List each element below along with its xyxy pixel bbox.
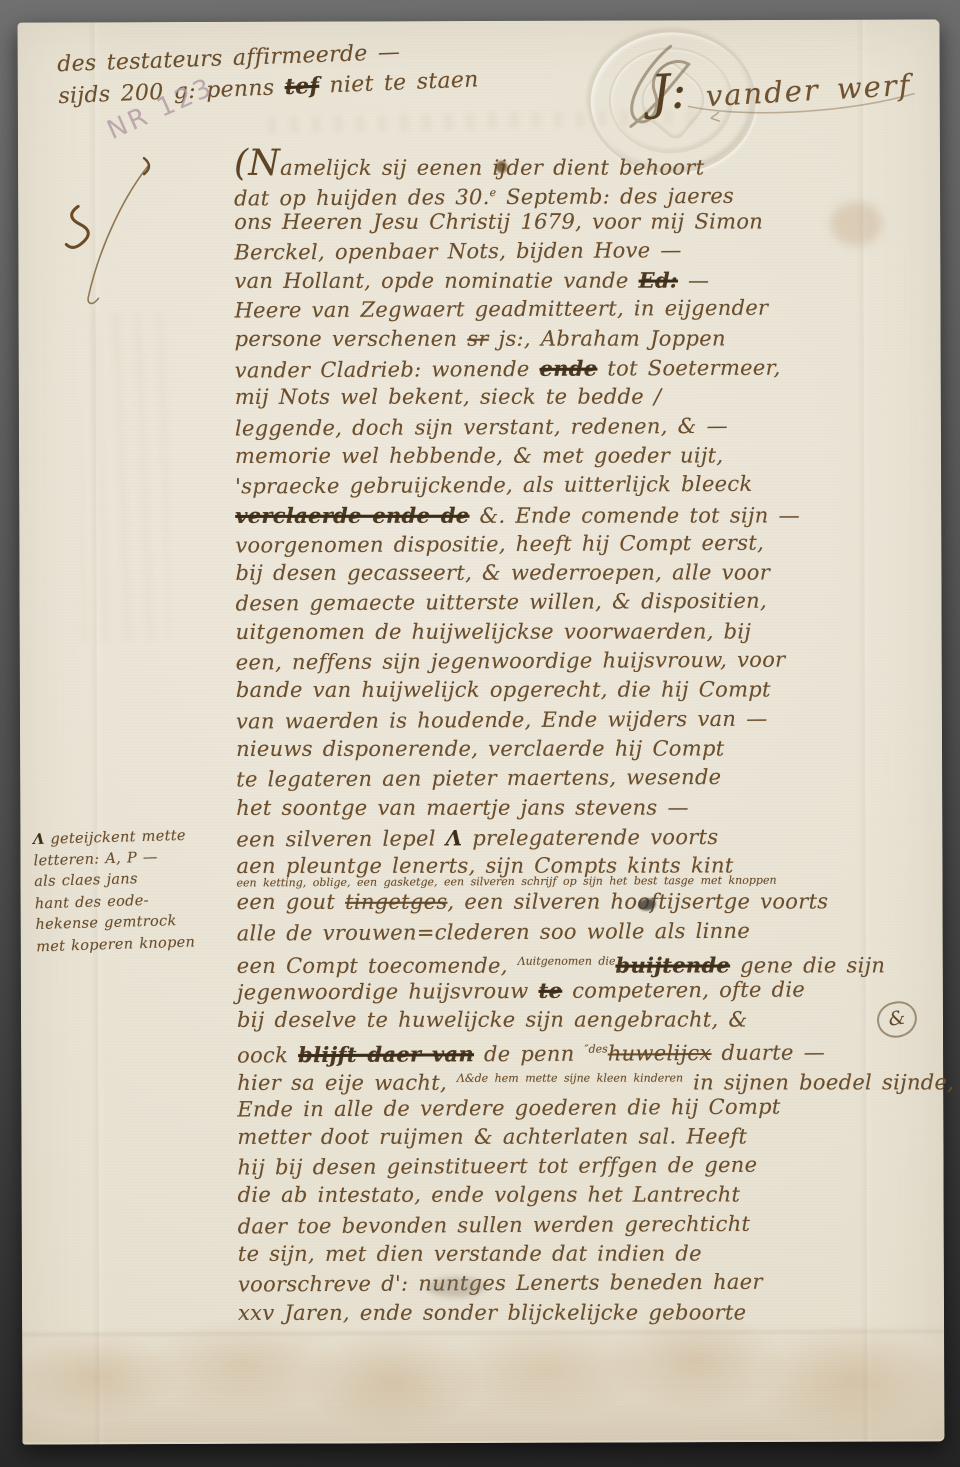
notary-signature: J: vander werf	[593, 33, 933, 134]
handwritten-text: amelijck sij eenen ijder dient behoort	[280, 156, 704, 180]
struck-text: tingetges	[345, 890, 447, 914]
handwritten-text: het soontge van maertje jans stevens —	[236, 795, 689, 819]
handwritten-text: hij bij desen geinstitueert tot erffgen …	[237, 1153, 757, 1180]
manuscript-line: alle de vrouwen=clederen soo wolle als l…	[237, 916, 937, 949]
manuscript-line: bij deselve te huwelijcke sijn aengebrac…	[237, 1005, 937, 1035]
manuscript-line: een Compt toecomende, Λuitgenomen diebui…	[237, 946, 937, 976]
manuscript-line: memorie wel hebbende, & met goeder uijt,	[235, 441, 935, 471]
manuscript-line: 'spraecke gebruijckende, als uitterlijck…	[235, 469, 935, 502]
handwritten-text: prelegaterende voorts	[462, 825, 718, 850]
margin-note: Λ geteijckent metteletteren: A, P —als c…	[33, 823, 242, 958]
manuscript-line: een, neffens sijn jegenwoordige huijsvro…	[236, 645, 936, 678]
manuscript-line: verclaerde ende de &. Ende comende tot s…	[235, 500, 935, 530]
manuscript-line: Berckel, openbaer Nots, bijden Hove —	[234, 235, 934, 268]
manuscript-line: oock blijft daer van de penn ″deshuwelij…	[237, 1033, 937, 1066]
handwritten-text: Septemb: des jaeres	[496, 184, 734, 209]
manuscript-line: voorgenomen dispositie, heeft hij Compt …	[235, 528, 935, 561]
handwritten-text: de penn	[474, 1042, 585, 1067]
manuscript-line: mij Nots wel bekent, sieck te bedde /	[235, 383, 935, 413]
handwritten-text: een Compt toecomende,	[237, 954, 518, 978]
manuscript-line: uitgenomen de huijwelijckse voorwaerden,…	[236, 617, 936, 647]
handwritten-text: nieuws disponerende, verclaerde hij Comp…	[236, 736, 724, 760]
scan-background: { "scan": { "background_top": "#707070",…	[0, 0, 960, 1467]
manuscript-line: van waerden is houdende, Ende wijders va…	[236, 703, 936, 736]
handwritten-text: desen gemaecte uitterste willen, & dispo…	[235, 589, 767, 616]
handwritten-text: bij deselve te huwelijcke sijn aengebrac…	[237, 1007, 747, 1031]
handwritten-text: te sijn, met dien verstande dat indien d…	[238, 1242, 702, 1266]
handwritten-text: uitgenomen de huijwelijckse voorwaerden,…	[236, 619, 752, 643]
manuscript-line: jegenwoordige huijsvrouw te competeren, …	[237, 974, 937, 1007]
handwritten-text: jegenwoordige huijsvrouw	[237, 979, 539, 1005]
manuscript-line: dat op huijden des 30.e Septemb: des jae…	[234, 176, 934, 209]
signature-name: vander werf	[705, 68, 912, 113]
handwritten-text: Ende in alle de verdere goederen die hij…	[237, 1094, 780, 1121]
struck-text: Ed:	[639, 268, 678, 293]
handwritten-text: letteren: A, P —	[33, 849, 158, 869]
handwritten-text: Heere van Zegwaert geadmitteert, in eijg…	[234, 296, 768, 323]
handwritten-text: mij Nots wel bekent, sieck te bedde /	[235, 385, 662, 409]
handwritten-text: ons Heeren Jesu Christij 1679, voor mij …	[234, 209, 763, 233]
collation-mark	[48, 148, 179, 318]
handwritten-text: die ab intestato, ende volgens het Lantr…	[238, 1183, 741, 1207]
struck-text: tef	[284, 73, 320, 100]
manuscript-line: nieuws disponerende, verclaerde hij Comp…	[236, 734, 936, 764]
handwritten-text: memorie wel hebbende, & met goeder uijt,	[235, 443, 723, 467]
manuscript-line: leggende, doch sijn verstant, redenen, &…	[235, 410, 935, 443]
signature-initial: J:	[649, 63, 690, 121]
manuscript-line: daer toe bevonden sullen werden gerechti…	[238, 1208, 938, 1241]
interlinear-insertion: ″des	[584, 1042, 607, 1055]
handwritten-text: vander Cladrieb: wonende	[235, 357, 540, 383]
manuscript-page: J: vander werf des testateurs affirmeerd…	[18, 19, 945, 1444]
struck-text: buijtende	[615, 953, 730, 978]
handwritten-text: —	[678, 269, 709, 293]
manuscript-line: die ab intestato, ende volgens het Lantr…	[238, 1181, 938, 1211]
handwritten-text: competeren, ofte die	[562, 978, 805, 1003]
manuscript-line: het soontge van maertje jans stevens —	[236, 793, 936, 823]
handwritten-text: , een silveren hooftijsertge voorts	[447, 890, 828, 914]
manuscript-line: persone verschenen sr js:, Abraham Joppe…	[235, 324, 935, 354]
interlinear-insertion: Λ&de hem mette sijne kleen kinderen	[457, 1072, 683, 1085]
handwritten-text: tot Soetermeer,	[597, 356, 780, 381]
handwritten-text: Berckel, openbaer Nots, bijden Hove —	[234, 238, 681, 264]
handwritten-text: te legateren aen pieter maertens, wesend…	[236, 765, 721, 792]
manuscript-line: te sijn, met dien verstande dat indien d…	[238, 1239, 938, 1269]
handwritten-text: een, neffens sijn jegenwoordige huijsvro…	[236, 648, 786, 675]
handwritten-text: een silveren lepel	[236, 826, 445, 851]
manuscript-line: te legateren aen pieter maertens, wesend…	[236, 762, 936, 795]
handwritten-text: van waerden is houdende, Ende wijders va…	[236, 706, 768, 733]
handwritten-text: &. Ende comende tot sijn —	[469, 503, 799, 527]
handwritten-text: voorgenomen dispositie, heeft hij Compt …	[235, 531, 764, 558]
handwritten-text: daer toe bevonden sullen werden gerechti…	[238, 1211, 751, 1238]
handwritten-text: js:, Abraham Joppen	[489, 326, 726, 350]
handwritten-text: hant des eode-	[35, 892, 149, 912]
manuscript-line: een silveren lepel Λ prelegaterende voor…	[236, 821, 936, 854]
handwritten-text: persone verschenen	[235, 327, 468, 351]
struck-text: sr	[467, 327, 488, 351]
handwritten-text: bande van huijwelijck opgerecht, die hij…	[236, 678, 771, 702]
handwritten-text: als claes jans	[34, 871, 138, 890]
manuscript-line: ons Heeren Jesu Christij 1679, voor mij …	[234, 207, 934, 237]
handwritten-text: alle de vrouwen=clederen soo wolle als l…	[237, 918, 750, 945]
manuscript-line: van Hollant, opde nominatie vande Ed: —	[234, 266, 934, 296]
water-stain-band	[22, 1281, 945, 1442]
struck-text: te	[538, 978, 562, 1003]
interlinear-insertion: Λuitgenomen die	[518, 955, 616, 968]
manuscript-line: vander Cladrieb: wonende ende tot Soeter…	[235, 352, 935, 385]
handwritten-text: 'spraecke gebruijckende, als uitterlijck…	[235, 472, 752, 499]
struck-text: verclaerde ende de	[235, 502, 469, 527]
handwritten-text: bij desen gecasseert, & wederroepen, all…	[235, 561, 770, 585]
handwritten-text: hier sa eije wacht,	[237, 1071, 457, 1095]
manuscript-line: bij desen gecasseert, & wederroepen, all…	[235, 558, 935, 588]
handwritten-text: met koperen knopen	[36, 934, 195, 955]
manuscript-line: hij bij desen geinstitueert tot erffgen …	[237, 1150, 937, 1183]
manuscript-line: desen gemaecte uitterste willen, & dispo…	[235, 586, 935, 619]
manuscript-line: een gout tingetges, een silveren hooftij…	[237, 888, 937, 918]
struck-text: ende	[539, 356, 597, 381]
handwritten-text: niet te staen	[319, 67, 479, 98]
emphasized-stroke: Λ	[33, 831, 45, 848]
manuscript-line: Ende in alle de verdere goederen die hij…	[237, 1091, 937, 1124]
manuscript-line: metter doot ruijmen & achterlaten sal. H…	[237, 1122, 937, 1152]
handwritten-text: duarte —	[711, 1040, 825, 1065]
manuscript-line: Heere van Zegwaert geadmitteert, in eijg…	[234, 293, 934, 326]
handwritten-text: een gout	[237, 890, 346, 914]
emphasized-stroke: (N	[234, 143, 280, 184]
handwritten-text: geteijckent mette	[44, 828, 186, 848]
handwritten-text: van Hollant, opde nominatie vande	[234, 269, 638, 293]
handwritten-text: metter doot ruijmen & achterlaten sal. H…	[237, 1124, 747, 1148]
manuscript-line: (Namelijck sij eenen ijder dient behoort	[234, 148, 934, 178]
manuscript-line: bande van huijwelijck opgerecht, die hij…	[236, 676, 936, 706]
handwritten-text: leggende, doch sijn verstant, redenen, &…	[235, 414, 728, 441]
handwritten-text: hekense gemtrock	[35, 913, 176, 933]
manuscript-line: hier sa eije wacht, Λ&de hem mette sijne…	[237, 1064, 937, 1094]
main-text-block: (Namelijck sij eenen ijder dient behoort…	[234, 147, 938, 1328]
struck-text: huwelijcx	[608, 1041, 712, 1066]
top-left-annotation: des testateurs affirmeerde —sijds 200 g:…	[57, 34, 480, 112]
emphasized-stroke: Λ	[446, 825, 463, 850]
